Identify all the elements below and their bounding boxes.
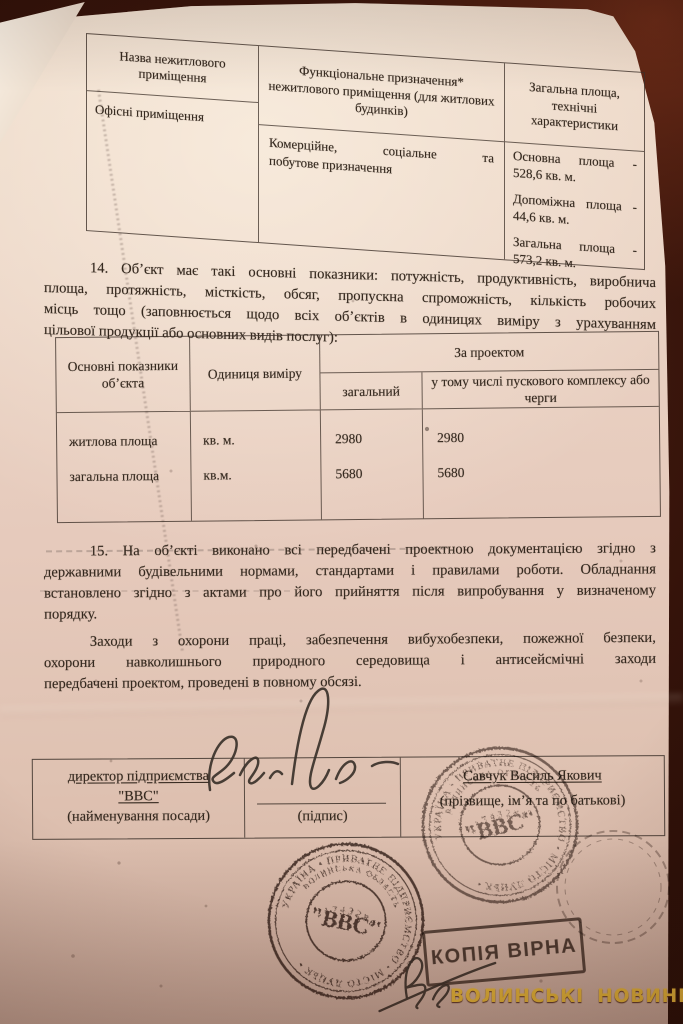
indicator-cell: загальна площа [69,467,178,485]
indicators-table: Основні показники об’єкта Одиниця виміру… [55,331,661,523]
indicators-col-unit: кв. м. кв.м. [191,409,322,520]
premises-table: Назва нежитлового приміщення Офісні прим… [86,33,645,270]
paragraph-line: порядку. [44,601,656,625]
premises-header-area: Загальна площа, технічні характеристики [505,63,644,152]
area-entry: Допоміжна площа - 44,6 кв. м. [513,190,637,233]
indicators-header-main: Основні показники об’єкта [56,337,191,412]
paragraph-15: 15. На об’єкті виконано всі передбачені … [44,538,656,625]
launch-cell: 2980 [437,427,647,446]
premises-col-area: Загальна площа, технічні характеристики … [504,63,644,269]
area-entry: Основна площа - 528,6 кв. м. [513,147,637,190]
total-cell: 2980 [335,429,410,447]
unit-cell: кв. м. [203,431,308,449]
unit-cell: кв.м. [203,466,308,484]
premises-col-function: Функціональне призначення* нежитлового п… [258,46,504,259]
indicator-cell: житлова площа [69,432,178,450]
paragraph-line: охорони навколишнього природного середов… [44,649,656,674]
indicators-col-launch: 2980 5680 [423,406,660,518]
indicators-col-total: 2980 5680 [321,408,424,519]
indicators-header-project: За проектом [320,332,658,374]
stamp-center-text: "ВВС" [307,901,384,942]
paragraph-line: встановлено згідно з актами про його при… [44,580,656,604]
indicators-subheader-launch: у тому числі пускового комплексу або чер… [422,370,658,408]
premises-cell-area: Основна площа - 528,6 кв. м. Допоміжна п… [505,142,644,276]
photo-background: Назва нежитлового приміщення Офісні прим… [0,0,683,1024]
total-cell: 5680 [335,464,410,482]
initials-scrawl [370,939,506,1022]
indicators-col-indicator: житлова площа загальна площа [57,411,192,522]
paper-speckles [0,0,2,2]
premises-col-name: Назва нежитлового приміщення Офісні прим… [87,34,258,242]
indicators-header-unit: Одиниця виміру [190,335,321,410]
signature-scrawl [196,678,436,810]
indicators-subheader-total: загальний [320,372,422,409]
news-watermark: ВОЛИНСЬКІ НОВИНИ [450,985,683,1007]
launch-cell: 5680 [437,462,647,481]
